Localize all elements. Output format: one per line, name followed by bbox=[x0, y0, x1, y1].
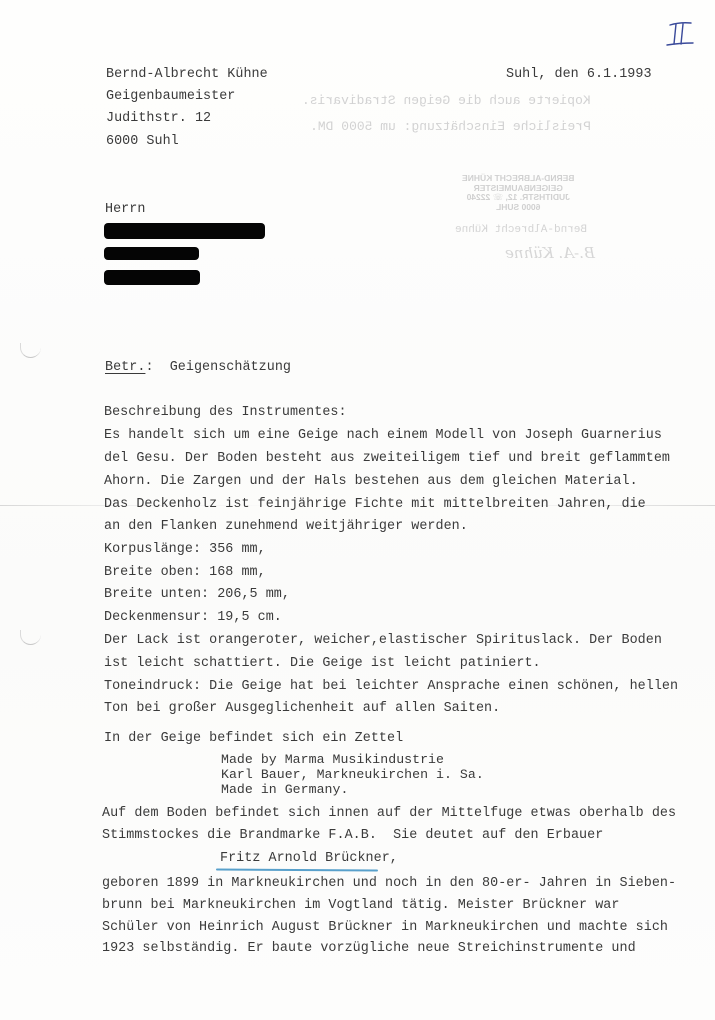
sender-street: Judithstr. 12 bbox=[106, 111, 211, 127]
punch-hole-mark-bottom bbox=[20, 630, 41, 645]
brand-line: Auf dem Boden befindet sich innen auf de… bbox=[102, 806, 676, 822]
handwritten-blue-underline bbox=[216, 869, 378, 872]
redacted-recipient-name bbox=[104, 223, 265, 239]
description-heading: Beschreibung des Instrumentes: bbox=[104, 405, 347, 421]
measurement-top-stop: Deckenmensur: 19,5 cm. bbox=[104, 610, 282, 626]
letter-page: II Kopierte auch die Geigen Stradivaris.… bbox=[0, 0, 715, 1020]
bleed-through-typed-name: Bernd-Albrecht Kühne bbox=[455, 224, 587, 236]
label-text-line: Karl Bauer, Markneukirchen i. Sa. bbox=[221, 767, 484, 783]
subject-colon: : bbox=[145, 360, 153, 375]
measurement-upper-width: Breite oben: 168 mm, bbox=[104, 565, 266, 581]
varnish-line: ist leicht schattiert. Die Geige ist lei… bbox=[104, 656, 541, 672]
maker-name: Fritz Arnold Brückner, bbox=[220, 851, 398, 867]
place-date: Suhl, den 6.1.1993 bbox=[506, 67, 652, 83]
description-line: an den Flanken zunehmend weitjähriger we… bbox=[104, 519, 468, 535]
redacted-recipient-street bbox=[104, 247, 199, 260]
description-line: Es handelt sich um eine Geige nach einem… bbox=[104, 428, 662, 444]
brand-line: Stimmstockes die Brandmarke F.A.B. Sie d… bbox=[102, 828, 603, 844]
maker-bio-line: Schüler von Heinrich August Brückner in … bbox=[102, 920, 668, 936]
bleed-through-signature: B.-A. Kühne bbox=[505, 244, 595, 262]
subject-label: Betr. bbox=[105, 360, 145, 375]
measurement-lower-width: Breite unten: 206,5 mm, bbox=[104, 587, 290, 603]
label-intro: In der Geige befindet sich ein Zettel bbox=[104, 731, 403, 747]
tone-line: Toneindruck: Die Geige hat bei leichter … bbox=[104, 679, 678, 695]
sender-city: 6000 Suhl bbox=[106, 134, 179, 150]
maker-bio-line: geboren 1899 in Markneukirchen und noch … bbox=[102, 876, 676, 892]
label-text-line: Made in Germany. bbox=[221, 782, 348, 798]
bleed-through-stamp: BERND-ALBRECHT KÜHNE GEIGENBAUMEISTER JU… bbox=[462, 174, 574, 212]
sender-name: Bernd-Albrecht Kühne bbox=[106, 67, 268, 83]
handwritten-page-marker bbox=[660, 14, 700, 54]
varnish-line: Der Lack ist orangeroter, weicher,elasti… bbox=[104, 633, 662, 649]
maker-bio-line: 1923 selbständig. Er baute vorzügliche n… bbox=[102, 941, 636, 957]
recipient-salutation: Herrn bbox=[105, 202, 145, 218]
label-text-line: Made by Marma Musikindustrie bbox=[221, 752, 444, 768]
measurement-body-length: Korpuslänge: 356 mm, bbox=[104, 542, 266, 558]
bleed-through-line-1: Kopierte auch die Geigen Stradivaris. bbox=[302, 93, 591, 108]
maker-bio-line: brunn bei Markneukirchen im Vogtland tät… bbox=[102, 898, 619, 914]
punch-hole-mark-top bbox=[20, 343, 41, 358]
sender-title: Geigenbaumeister bbox=[106, 89, 235, 105]
description-line: Das Deckenholz ist feinjährige Fichte mi… bbox=[104, 497, 646, 513]
subject-text: Geigenschätzung bbox=[170, 360, 291, 375]
description-line: Ahorn. Die Zargen und der Hals bestehen … bbox=[104, 474, 638, 490]
description-line: del Gesu. Der Boden besteht aus zweiteil… bbox=[104, 451, 670, 467]
tone-line: Ton bei großer Ausgeglichenheit auf alle… bbox=[104, 701, 500, 717]
bleed-through-line-2: Preisliche Einschätzung: um 5000 DM. bbox=[310, 119, 591, 134]
redacted-recipient-city bbox=[104, 270, 200, 285]
subject-line: Betr.: Geigenschätzung bbox=[105, 360, 291, 376]
